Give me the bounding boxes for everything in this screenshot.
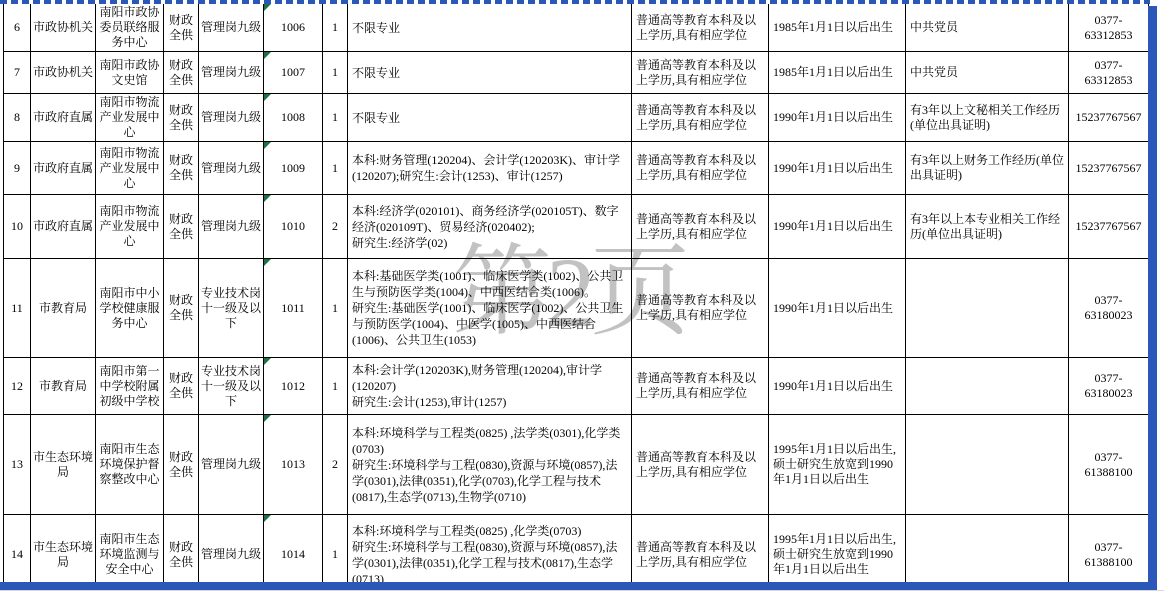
- cell-headcount[interactable]: 1: [323, 52, 348, 94]
- cell-funding[interactable]: 财政全供: [164, 415, 199, 515]
- cell-row-number[interactable]: 6: [4, 4, 31, 52]
- cell-department[interactable]: 市政府直属: [31, 142, 96, 195]
- position-code-value: 1011: [281, 301, 305, 315]
- cell-position-code[interactable]: 1010: [264, 195, 323, 259]
- cell-post-type[interactable]: 管理岗九级: [199, 52, 264, 94]
- cell-contact-phone[interactable]: 15237767567: [1069, 94, 1149, 142]
- spreadsheet-page-view: 第2页 6 市政协机关 南阳市政协委员联络服务中心 财政全供 管理岗九级 100…: [0, 0, 1164, 591]
- number-stored-as-text-indicator-icon: [264, 515, 271, 522]
- number-stored-as-text-indicator-icon: [264, 94, 271, 101]
- cell-row-number[interactable]: 13: [4, 415, 31, 515]
- number-stored-as-text-indicator-icon: [264, 4, 271, 11]
- cell-major-requirements[interactable]: 本科:经济学(020101)、商务经济学(020105T)、数字经济(02010…: [348, 195, 632, 259]
- cell-department[interactable]: 市生态环境局: [31, 415, 96, 515]
- cell-row-number[interactable]: 10: [4, 195, 31, 259]
- cell-row-number[interactable]: 14: [4, 515, 31, 591]
- cell-major-requirements[interactable]: 不限专业: [348, 4, 632, 52]
- cell-education[interactable]: 普通高等教育本科及以上学历,具有相应学位: [632, 415, 769, 515]
- cell-position-code[interactable]: 1011: [264, 259, 323, 358]
- cell-education[interactable]: 普通高等教育本科及以上学历,具有相应学位: [632, 4, 769, 52]
- cell-department[interactable]: 市教育局: [31, 358, 96, 415]
- cell-department[interactable]: 市政协机关: [31, 52, 96, 94]
- position-code-value: 1013: [281, 457, 305, 471]
- table-row: 6 市政协机关 南阳市政协委员联络服务中心 财政全供 管理岗九级 1006 1 …: [4, 4, 1149, 52]
- cell-position-code[interactable]: 1014: [264, 515, 323, 591]
- cell-post-type[interactable]: 专业技术岗十一级及以下: [199, 259, 264, 358]
- cell-other-requirements[interactable]: [906, 415, 1069, 515]
- table-row: 14 市生态环境局 南阳市生态环境监测与安全中心 财政全供 管理岗九级 1014…: [4, 515, 1149, 591]
- table-row: 9 市政府直属 南阳市物流产业发展中心 财政全供 管理岗九级 1009 1 本科…: [4, 142, 1149, 195]
- position-code-value: 1007: [281, 65, 305, 79]
- cell-contact-phone[interactable]: 0377-61388100: [1069, 515, 1149, 591]
- cell-row-number[interactable]: 9: [4, 142, 31, 195]
- number-stored-as-text-indicator-icon: [264, 195, 271, 202]
- cell-contact-phone[interactable]: 0377-63180023: [1069, 358, 1149, 415]
- cell-funding[interactable]: 财政全供: [164, 515, 199, 591]
- cell-position-code[interactable]: 1012: [264, 358, 323, 415]
- cell-post-type[interactable]: 专业技术岗十一级及以下: [199, 358, 264, 415]
- cell-education[interactable]: 普通高等教育本科及以上学历,具有相应学位: [632, 259, 769, 358]
- cell-unit[interactable]: 南阳市物流产业发展中心: [96, 94, 164, 142]
- cell-row-number[interactable]: 8: [4, 94, 31, 142]
- cell-department[interactable]: 市政府直属: [31, 195, 96, 259]
- position-code-value: 1010: [281, 219, 305, 233]
- cell-department[interactable]: 市政府直属: [31, 94, 96, 142]
- cell-department[interactable]: 市生态环境局: [31, 515, 96, 591]
- cell-row-number[interactable]: 12: [4, 358, 31, 415]
- cell-funding[interactable]: 财政全供: [164, 4, 199, 52]
- number-stored-as-text-indicator-icon: [264, 52, 271, 59]
- cell-department[interactable]: 市教育局: [31, 259, 96, 358]
- cell-education[interactable]: 普通高等教育本科及以上学历,具有相应学位: [632, 358, 769, 415]
- cell-unit[interactable]: 南阳市物流产业发展中心: [96, 142, 164, 195]
- table-row: 11 市教育局 南阳市中小学校健康服务中心 财政全供 专业技术岗十一级及以下 1…: [4, 259, 1149, 358]
- cell-other-requirements[interactable]: [906, 358, 1069, 415]
- cell-headcount[interactable]: 2: [323, 195, 348, 259]
- cell-contact-phone[interactable]: 15237767567: [1069, 142, 1149, 195]
- cell-headcount[interactable]: 1: [323, 358, 348, 415]
- cell-birth-requirement[interactable]: 1995年1月1日以后出生,硕士研究生放宽到1990年1月1日以后出生: [769, 515, 906, 591]
- cell-major-requirements[interactable]: 不限专业: [348, 94, 632, 142]
- cell-contact-phone[interactable]: 15237767567: [1069, 195, 1149, 259]
- cell-unit[interactable]: 南阳市生态环境监测与安全中心: [96, 515, 164, 591]
- cell-post-type[interactable]: 管理岗九级: [199, 94, 264, 142]
- cell-funding[interactable]: 财政全供: [164, 52, 199, 94]
- number-stored-as-text-indicator-icon: [264, 358, 271, 365]
- cell-education[interactable]: 普通高等教育本科及以上学历,具有相应学位: [632, 195, 769, 259]
- cell-other-requirements[interactable]: [906, 259, 1069, 358]
- cell-funding[interactable]: 财政全供: [164, 142, 199, 195]
- cell-position-code[interactable]: 1009: [264, 142, 323, 195]
- cell-education[interactable]: 普通高等教育本科及以上学历,具有相应学位: [632, 52, 769, 94]
- cell-unit[interactable]: 南阳市生态环境保护督察整改中心: [96, 415, 164, 515]
- cell-headcount[interactable]: 1: [323, 4, 348, 52]
- cell-major-requirements[interactable]: 本科:会计学(120203K),财务管理(120204),审计学(120207)…: [348, 358, 632, 415]
- cell-birth-requirement[interactable]: 1990年1月1日以后出生: [769, 259, 906, 358]
- cell-headcount[interactable]: 1: [323, 259, 348, 358]
- cell-position-code[interactable]: 1008: [264, 94, 323, 142]
- position-code-value: 1014: [281, 547, 305, 561]
- cell-major-requirements[interactable]: 本科:环境科学与工程类(0825) ,法学类(0301),化学类(0703) 研…: [348, 415, 632, 515]
- cell-position-code[interactable]: 1007: [264, 52, 323, 94]
- recruitment-positions-table: 6 市政协机关 南阳市政协委员联络服务中心 财政全供 管理岗九级 1006 1 …: [3, 3, 1149, 591]
- cell-education[interactable]: 普通高等教育本科及以上学历,具有相应学位: [632, 515, 769, 591]
- cell-post-type[interactable]: 管理岗九级: [199, 415, 264, 515]
- cell-contact-phone[interactable]: 0377-61388100: [1069, 415, 1149, 515]
- cell-post-type[interactable]: 管理岗九级: [199, 195, 264, 259]
- cell-contact-phone[interactable]: 0377-63312853: [1069, 4, 1149, 52]
- table-row: 13 市生态环境局 南阳市生态环境保护督察整改中心 财政全供 管理岗九级 101…: [4, 415, 1149, 515]
- number-stored-as-text-indicator-icon: [264, 415, 271, 422]
- number-stored-as-text-indicator-icon: [264, 142, 271, 149]
- print-area-right-boundary[interactable]: [1148, 6, 1157, 590]
- cell-other-requirements[interactable]: 中共党员: [906, 4, 1069, 52]
- print-area-bottom-boundary[interactable]: [0, 582, 1157, 590]
- cell-contact-phone[interactable]: 0377-63180023: [1069, 259, 1149, 358]
- cell-birth-requirement[interactable]: 1985年1月1日以后出生: [769, 52, 906, 94]
- cell-other-requirements[interactable]: 有3年以上财务工作经历(单位出具证明): [906, 142, 1069, 195]
- cell-birth-requirement[interactable]: 1995年1月1日以后出生,硕士研究生放宽到1990年1月1日以后出生: [769, 415, 906, 515]
- table-row: 8 市政府直属 南阳市物流产业发展中心 财政全供 管理岗九级 1008 1 不限…: [4, 94, 1149, 142]
- page-break-dashed-line[interactable]: [0, 0, 1150, 4]
- cell-row-number[interactable]: 11: [4, 259, 31, 358]
- cell-major-requirements[interactable]: 本科:基础医学类(1001)、临床医学类(1002)、公共卫生与预防医学类(10…: [348, 259, 632, 358]
- cell-department[interactable]: 市政协机关: [31, 4, 96, 52]
- position-code-value: 1012: [281, 379, 305, 393]
- cell-funding[interactable]: 财政全供: [164, 358, 199, 415]
- number-stored-as-text-indicator-icon: [264, 259, 271, 266]
- table-row: 7 市政协机关 南阳市政协文史馆 财政全供 管理岗九级 1007 1 不限专业 …: [4, 52, 1149, 94]
- cell-other-requirements[interactable]: 中共党员: [906, 52, 1069, 94]
- cell-post-type[interactable]: 管理岗九级: [199, 142, 264, 195]
- cell-unit[interactable]: 南阳市第一中学校附属初级中学校: [96, 358, 164, 415]
- cell-funding[interactable]: 财政全供: [164, 259, 199, 358]
- cell-post-type[interactable]: 管理岗九级: [199, 515, 264, 591]
- cell-position-code[interactable]: 1006: [264, 4, 323, 52]
- table-row: 10 市政府直属 南阳市物流产业发展中心 财政全供 管理岗九级 1010 2 本…: [4, 195, 1149, 259]
- cell-row-number[interactable]: 7: [4, 52, 31, 94]
- cell-funding[interactable]: 财政全供: [164, 94, 199, 142]
- cell-position-code[interactable]: 1013: [264, 415, 323, 515]
- position-code-value: 1008: [281, 110, 305, 124]
- cell-birth-requirement[interactable]: 1990年1月1日以后出生: [769, 142, 906, 195]
- cell-other-requirements[interactable]: [906, 515, 1069, 591]
- cell-headcount[interactable]: 1: [323, 515, 348, 591]
- cell-education[interactable]: 普通高等教育本科及以上学历,具有相应学位: [632, 94, 769, 142]
- cell-birth-requirement[interactable]: 1990年1月1日以后出生: [769, 195, 906, 259]
- cell-unit[interactable]: 南阳市物流产业发展中心: [96, 195, 164, 259]
- cell-major-requirements[interactable]: 不限专业: [348, 52, 632, 94]
- cell-contact-phone[interactable]: 0377-63312853: [1069, 52, 1149, 94]
- cell-headcount[interactable]: 1: [323, 94, 348, 142]
- position-code-value: 1006: [281, 20, 305, 34]
- cell-education[interactable]: 普通高等教育本科及以上学历,具有相应学位: [632, 142, 769, 195]
- table-row: 12 市教育局 南阳市第一中学校附属初级中学校 财政全供 专业技术岗十一级及以下…: [4, 358, 1149, 415]
- cell-headcount[interactable]: 1: [323, 142, 348, 195]
- cell-other-requirements[interactable]: 有3年以上文秘相关工作经历(单位出具证明): [906, 94, 1069, 142]
- cell-major-requirements[interactable]: 本科:财务管理(120204)、会计学(120203K)、审计学(120207)…: [348, 142, 632, 195]
- cell-headcount[interactable]: 2: [323, 415, 348, 515]
- cell-birth-requirement[interactable]: 1990年1月1日以后出生: [769, 358, 906, 415]
- cell-birth-requirement[interactable]: 1990年1月1日以后出生: [769, 94, 906, 142]
- cell-birth-requirement[interactable]: 1985年1月1日以后出生: [769, 4, 906, 52]
- cell-unit[interactable]: 南阳市政协委员联络服务中心: [96, 4, 164, 52]
- cell-unit[interactable]: 南阳市中小学校健康服务中心: [96, 259, 164, 358]
- cell-major-requirements[interactable]: 本科:环境科学与工程类(0825) ,化学类(0703) 研究生:环境科学与工程…: [348, 515, 632, 591]
- cell-unit[interactable]: 南阳市政协文史馆: [96, 52, 164, 94]
- position-code-value: 1009: [281, 161, 305, 175]
- cell-funding[interactable]: 财政全供: [164, 195, 199, 259]
- cell-other-requirements[interactable]: 有3年以上本专业相关工作经历(单位出具证明): [906, 195, 1069, 259]
- cell-post-type[interactable]: 管理岗九级: [199, 4, 264, 52]
